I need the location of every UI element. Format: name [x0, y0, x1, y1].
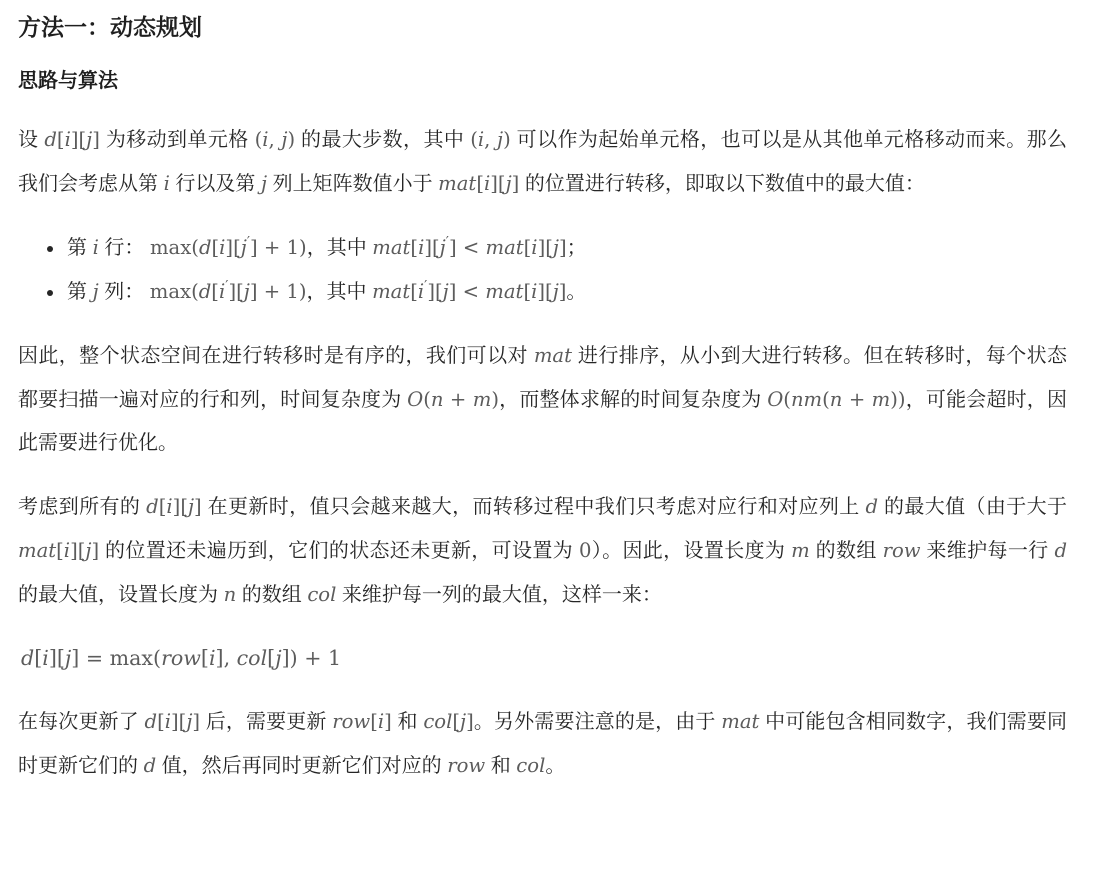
solution-article: 方法一：动态规划思路与算法设 d[i][j] 为移动到单元格 (i, j) 的最…	[0, 0, 1101, 869]
math-inline: max(d[i′][j] + 1)	[150, 280, 307, 303]
math-inline: d[i][j] = max(row[i], col[j]) + 1	[21, 646, 341, 670]
list-item: 第 j 列： max(d[i′][j] + 1)，其中 mat[i′][j] <…	[65, 270, 1067, 314]
method-heading: 方法一：动态规划	[18, 12, 1067, 42]
math-inline: col	[516, 754, 545, 777]
math-inline: d[i][j]	[145, 710, 201, 733]
math-inline: row[i]	[332, 710, 392, 733]
math-inline: n	[224, 583, 237, 606]
math-inline: i	[93, 236, 99, 259]
math-inline: d	[866, 495, 879, 518]
math-inline: i	[164, 172, 170, 195]
math-inline: O(n + m)	[407, 388, 499, 411]
math-inline: d[i][j]	[146, 495, 202, 518]
math-inline: mat	[534, 344, 572, 367]
math-inline: j	[261, 172, 267, 195]
math-inline: mat[i][j]	[18, 539, 99, 562]
subsection-heading: 思路与算法	[18, 68, 1067, 94]
paragraph: 在每次更新了 d[i][j] 后，需要更新 row[i] 和 col[j]。另外…	[18, 700, 1067, 788]
dp-formula: d[i][j] = max(row[i], col[j]) + 1	[18, 637, 1067, 680]
math-inline: mat[i′][j] < mat[i][j]	[372, 280, 566, 303]
math-inline: mat[i][j′] < mat[i][j]	[372, 236, 566, 259]
math-inline: d[i][j]	[44, 128, 100, 151]
list-item: 第 i 行： max(d[i][j′] + 1)，其中 mat[i][j′] <…	[65, 226, 1067, 270]
math-inline: (i, j)	[255, 128, 296, 151]
math-inline: mat	[721, 710, 759, 733]
math-inline: 0	[579, 539, 591, 562]
math-inline: col	[307, 583, 336, 606]
math-inline: row	[447, 754, 485, 777]
math-inline: mat[i][j]	[438, 172, 519, 195]
paragraph: 设 d[i][j] 为移动到单元格 (i, j) 的最大步数，其中 (i, j)…	[18, 118, 1067, 206]
transfer-cases-list: 第 i 行： max(d[i][j′] + 1)，其中 mat[i][j′] <…	[18, 226, 1067, 314]
math-inline: j	[93, 280, 99, 303]
math-inline: (i, j)	[470, 128, 511, 151]
math-inline: d	[1054, 539, 1067, 562]
math-inline: O(nm(n + m))	[767, 388, 905, 411]
math-inline: row	[883, 539, 921, 562]
math-inline: col[j]	[423, 710, 473, 733]
math-inline: d	[144, 754, 157, 777]
math-inline: m	[791, 539, 810, 562]
paragraph: 考虑到所有的 d[i][j] 在更新时，值只会越来越大，而转移过程中我们只考虑对…	[18, 485, 1067, 617]
math-inline: max(d[i][j′] + 1)	[150, 236, 307, 259]
paragraph: 因此，整个状态空间在进行转移时是有序的，我们可以对 mat 进行排序，从小到大进…	[18, 334, 1067, 465]
